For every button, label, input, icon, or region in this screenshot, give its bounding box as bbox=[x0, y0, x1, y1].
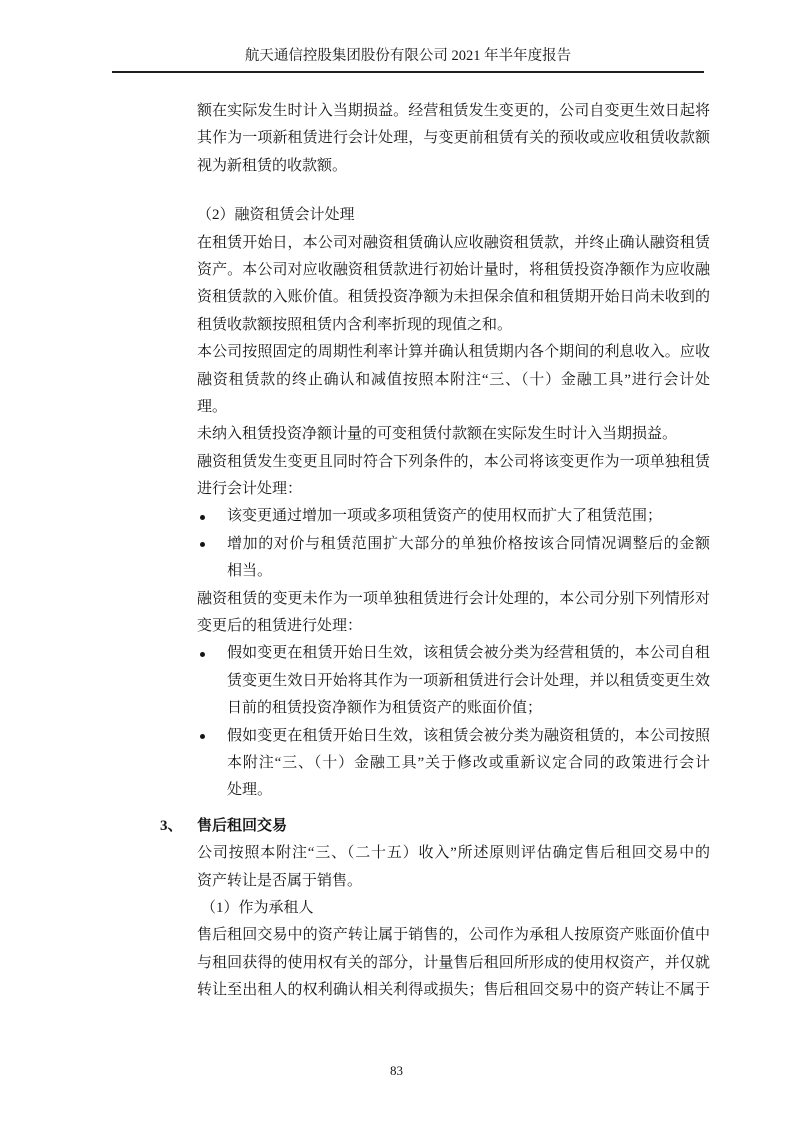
bullet-text: 该变更通过增加一项或多项租赁资产的使用权而扩大了租赁范围； bbox=[227, 503, 710, 530]
section-number: 3、 bbox=[160, 813, 183, 840]
paragraph-line: 资产转让是否属于销售。 bbox=[197, 868, 710, 895]
bullet-icon bbox=[200, 515, 205, 520]
paragraph-line: 公司按照本附注“三、（二十五）收入”所述原则评估确定售后租回交易中的 bbox=[197, 840, 710, 867]
paragraph-line: 融资租赁的变更未作为一项单独租赁进行会计处理的，本公司分别下列情形对 bbox=[197, 586, 710, 613]
paragraph-line: 融资租赁发生变更且同时符合下列条件的，本公司将该变更作为一项单独租赁 bbox=[197, 449, 710, 476]
paragraph-line: 未纳入租赁投资净额计量的可变租赁付款额在实际发生时计入当期损益。 bbox=[197, 421, 710, 448]
paragraph-line: 视为新租赁的收款额。 bbox=[197, 153, 710, 180]
paragraph-line: 售后租回交易中的资产转让属于销售的，公司作为承租人按原资产账面价值中 bbox=[197, 922, 710, 949]
subsection-heading: （1）作为承租人 bbox=[197, 895, 710, 922]
paragraph-line: 理。 bbox=[197, 394, 710, 421]
subsection-heading: （2）融资租赁会计处理 bbox=[197, 202, 710, 229]
bullet-icon bbox=[200, 734, 205, 739]
section-gap bbox=[197, 805, 710, 813]
blank-line bbox=[197, 180, 710, 202]
section-heading: 3、 售后租回交易 bbox=[197, 813, 710, 840]
bullet-icon bbox=[200, 652, 205, 657]
paragraph-line: 其作为一项新租赁进行会计处理，与变更前租赁有关的预收或应收租赁收款额 bbox=[197, 125, 710, 152]
paragraph-line: 租赁收款额按照租赁内含利率折现的现值之和。 bbox=[197, 312, 710, 339]
paragraph-line: 资租赁款的入账价值。租赁投资净额为未担保余值和租赁期开始日尚未收到的 bbox=[197, 284, 710, 311]
bullet-text: 增加的对价与租赁范围扩大部分的单独价格按该合同情况调整后的金额 bbox=[227, 531, 710, 558]
bullet-continuation-line: 处理。 bbox=[197, 777, 710, 804]
paragraph-line: 在租赁开始日，本公司对融资租赁确认应收融资租赁款，并终止确认融资租赁 bbox=[197, 230, 710, 257]
bullet-continuation-line: 日前的租赁投资净额作为租赁资产的账面价值； bbox=[197, 695, 710, 722]
paragraph-line: 资产。本公司对应收融资租赁款进行初始计量时，将租赁投资净额作为应收融 bbox=[197, 257, 710, 284]
document-page: { "header": { "title": "航天通信控股集团股份有限公司 2… bbox=[0, 0, 793, 1122]
paragraph-line: 进行会计处理： bbox=[197, 476, 710, 503]
bullet-text: 假如变更在租赁开始日生效，该租赁会被分类为经营租赁的，本公司自租 bbox=[227, 640, 710, 667]
paragraph-line: 额在实际发生时计入当期损益。经营租赁发生变更的，公司自变更生效日起将 bbox=[197, 98, 710, 125]
bullet-continuation-line: 本附注“三、（十）金融工具”关于修改或重新议定合同的政策进行会计 bbox=[197, 750, 710, 777]
section-title: 售后租回交易 bbox=[197, 818, 287, 834]
paragraph-line: 转让至出租人的权利确认相关利得或损失；售后租回交易中的资产转让不属于 bbox=[197, 977, 710, 1004]
paragraph-line: 融资租赁款的终止确认和减值按照本附注“三、（十）金融工具”进行会计处 bbox=[197, 367, 710, 394]
bullet-text: 假如变更在租赁开始日生效，该租赁会被分类为融资租赁的，本公司按照 bbox=[227, 723, 710, 750]
paragraph-line: 变更后的租赁进行处理： bbox=[197, 613, 710, 640]
report-header-title: 航天通信控股集团股份有限公司 2021 年半年度报告 bbox=[112, 0, 704, 73]
bullet-item: 假如变更在租赁开始日生效，该租赁会被分类为融资租赁的，本公司按照 bbox=[197, 723, 710, 750]
bullet-continuation-line: 相当。 bbox=[197, 558, 710, 585]
bullet-icon bbox=[200, 542, 205, 547]
bullet-item: 该变更通过增加一项或多项租赁资产的使用权而扩大了租赁范围； bbox=[197, 503, 710, 530]
bullet-item: 假如变更在租赁开始日生效，该租赁会被分类为经营租赁的，本公司自租 bbox=[197, 640, 710, 667]
bullet-item: 增加的对价与租赁范围扩大部分的单独价格按该合同情况调整后的金额 bbox=[197, 531, 710, 558]
page-number: 83 bbox=[0, 1063, 793, 1079]
paragraph-line: 本公司按照固定的周期性利率计算并确认租赁期内各个期间的利息收入。应收 bbox=[197, 339, 710, 366]
paragraph-line: 与租回获得的使用权有关的部分，计量售后租回所形成的使用权资产，并仅就 bbox=[197, 950, 710, 977]
bullet-continuation-line: 赁变更生效日开始将其作为一项新租赁进行会计处理，并以租赁变更生效 bbox=[197, 668, 710, 695]
document-body: 额在实际发生时计入当期损益。经营租赁发生变更的，公司自变更生效日起将 其作为一项… bbox=[197, 98, 710, 1005]
